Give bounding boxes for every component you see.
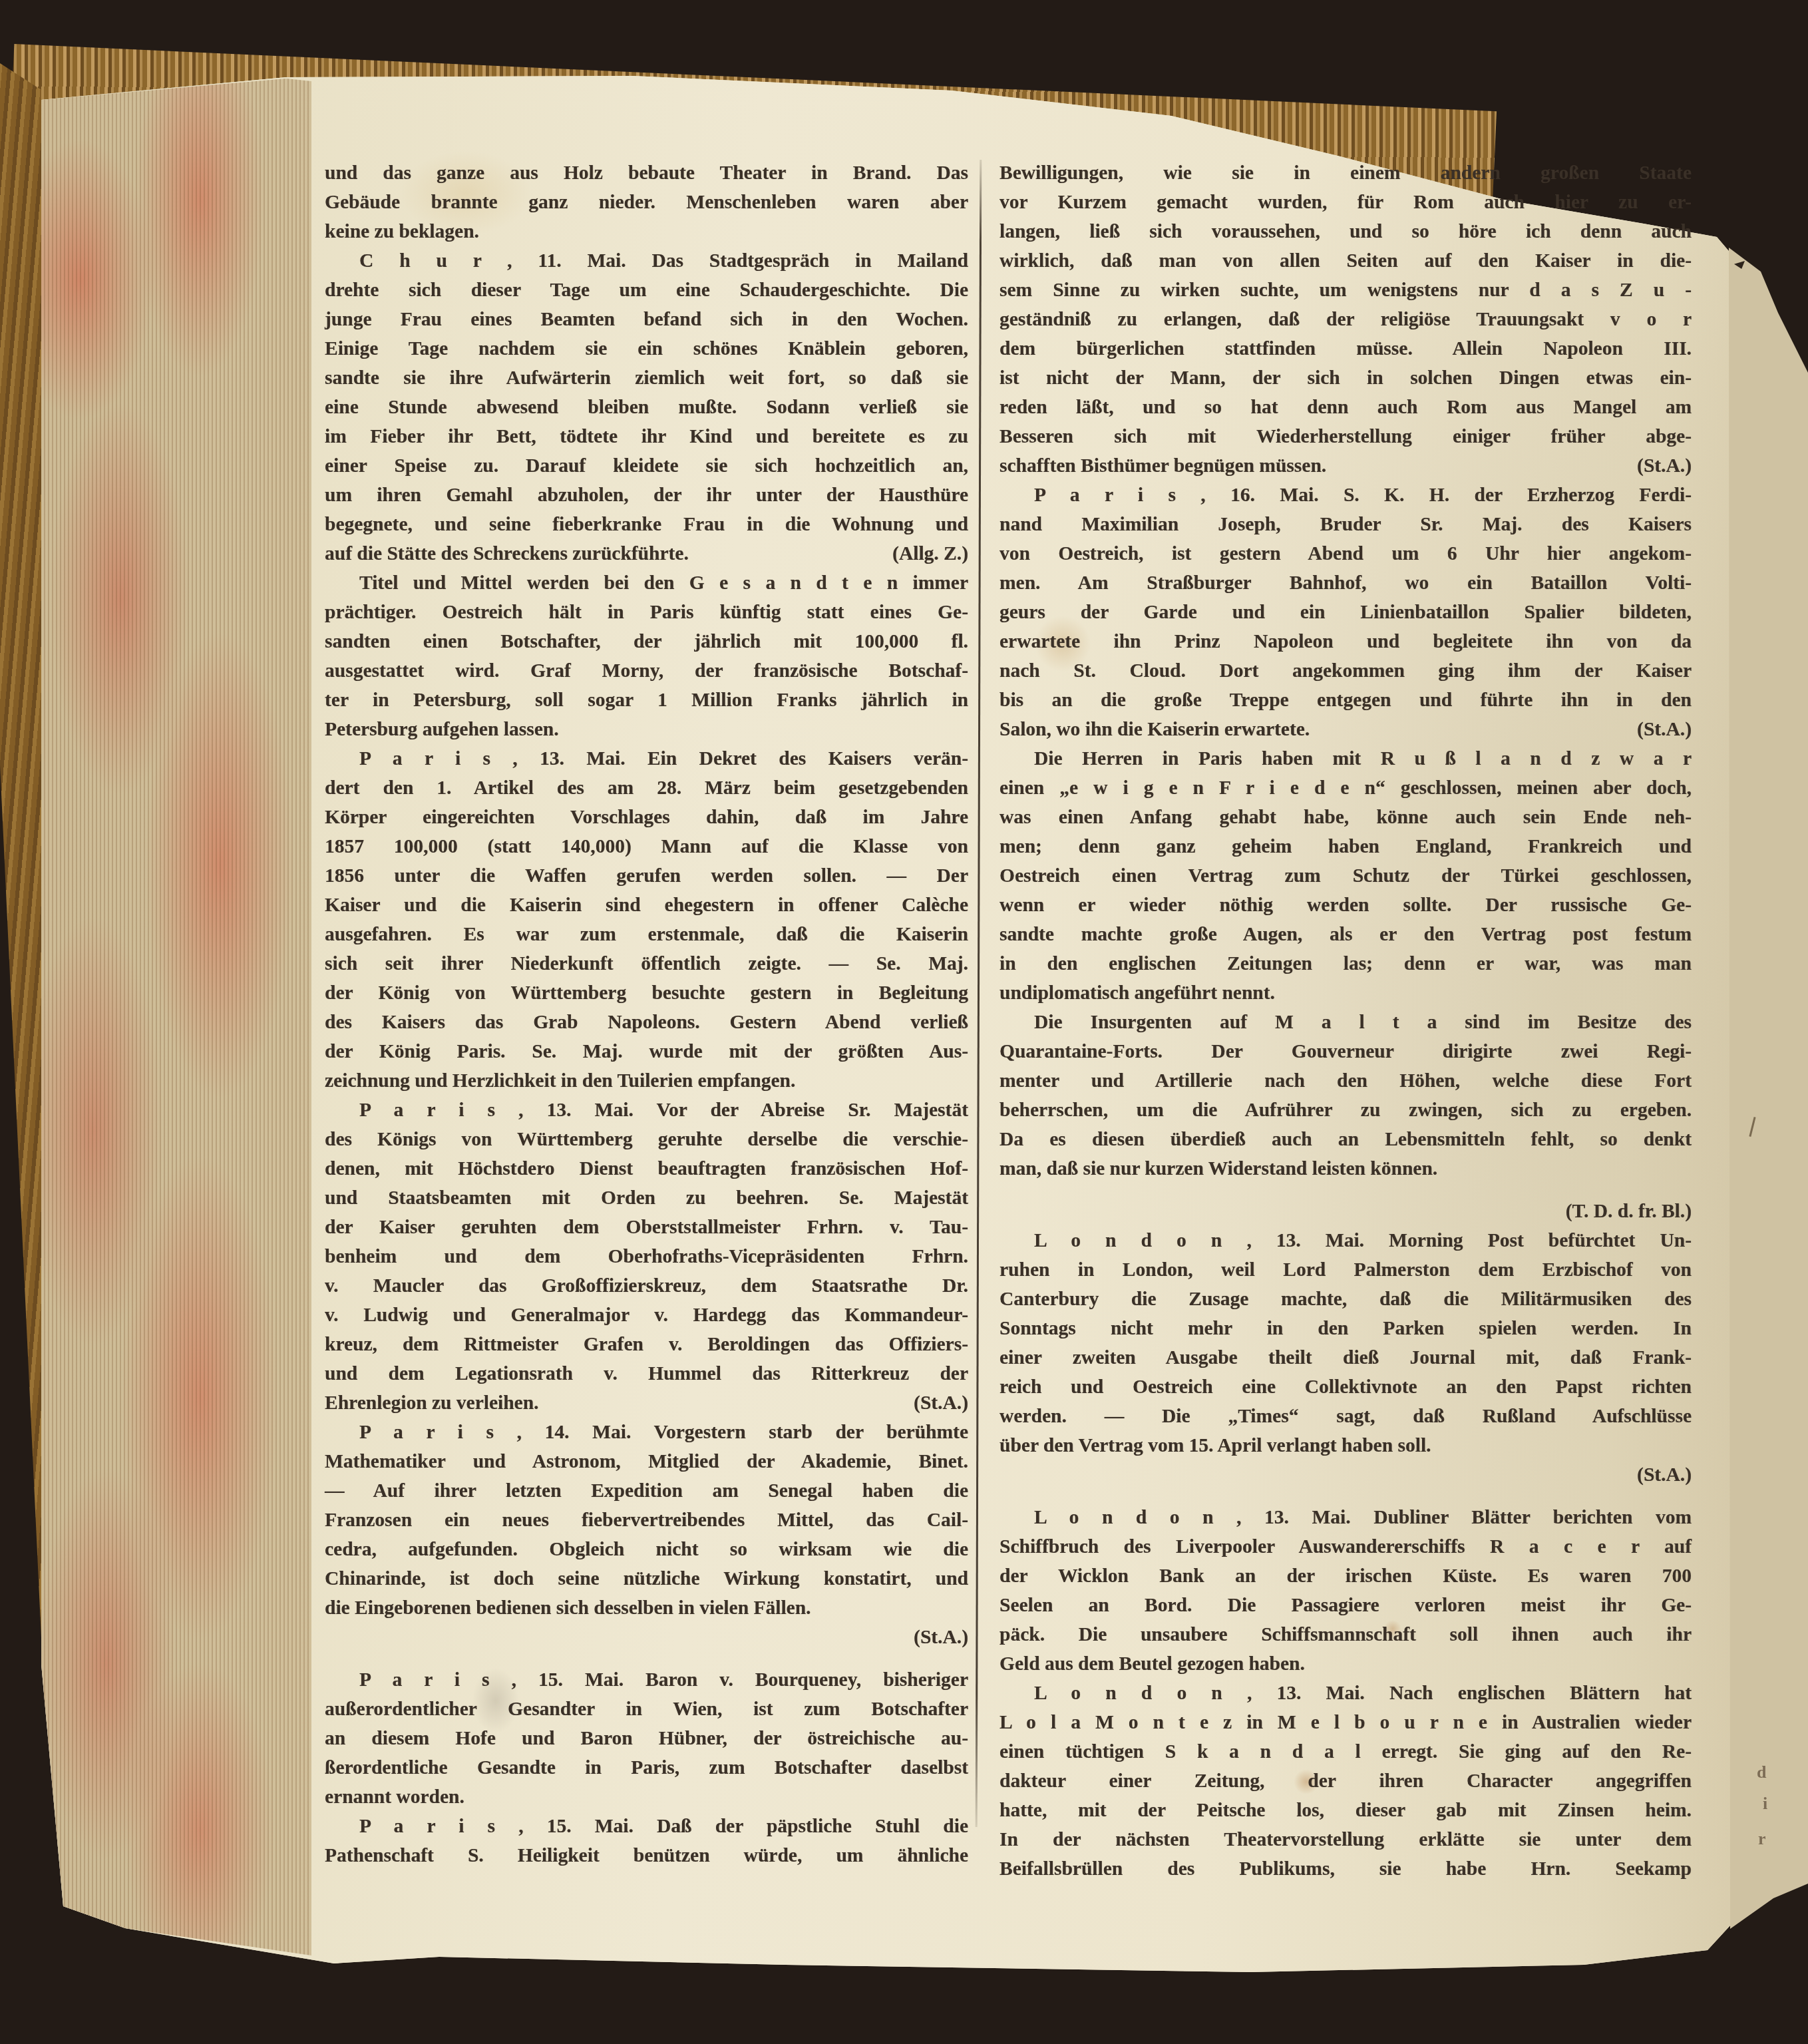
text-line: reden läßt, und so hat denn auch Rom aus… (999, 393, 1692, 422)
text-line: eine Stunde abwesend bleiben mußte. Soda… (325, 393, 968, 422)
text-line: des Kaisers das Grab Napoleons. Gestern … (325, 1008, 968, 1037)
text-line: Geld aus dem Beutel gezogen haben. (999, 1649, 1692, 1679)
text-line: Die Insurgenten auf M a l t a sind im Be… (999, 1008, 1692, 1037)
text-line: einer zweiten Ausgabe theilt dieß Journa… (999, 1343, 1692, 1372)
text-line: geständniß zu erlangen, daß der religiös… (999, 305, 1692, 334)
text-line: werden. — Die „Times“ sagt, daß Rußland … (999, 1402, 1692, 1431)
text-line: (T. D. d. fr. Bl.) (999, 1197, 1692, 1226)
text-line: keine zu beklagen. (325, 217, 968, 246)
text-line: Oestreich einen Vertrag zum Schutz der T… (999, 861, 1692, 891)
text-line: Bewilligungen, wie sie in einem andern g… (999, 158, 1692, 188)
text-line: Kaiser und die Kaiserin sind ehegestern … (325, 891, 968, 920)
text-line: bis an die große Treppe entgegen und füh… (999, 686, 1692, 715)
text-line: benheim und dem Oberhofraths-Vicepräside… (325, 1242, 968, 1271)
text-line: Canterbury die Zusage machte, daß die Mi… (999, 1285, 1692, 1314)
text-line: der Kaiser geruhten dem Oberststallmeist… (325, 1213, 968, 1242)
text-line: Da es diesen überdieß auch an Lebensmitt… (999, 1125, 1692, 1154)
text-line: Körper eingereichten Vorschlages dahin, … (325, 803, 968, 832)
text-line: P a r i s , 15. Mai. Baron v. Bourqueney… (325, 1665, 968, 1695)
text-line: wirklich, daß man von allen Seiten auf d… (999, 246, 1692, 276)
text-line: Schiffbruch des Liverpooler Auswanderers… (999, 1532, 1692, 1561)
text-line: L o n d o n , 13. Mai. Nach englischen B… (999, 1679, 1692, 1708)
text-line: Petersburg aufgehen lassen. (325, 715, 968, 744)
text-line: denen, mit Höchstdero Dienst beauftragte… (325, 1154, 968, 1183)
text-line: v. Ludwig und Generalmajor v. Hardegg da… (325, 1301, 968, 1330)
text-line: (St.A.) (325, 1623, 968, 1652)
text-line: schafften Bisthümer begnügen müssen.(St.… (999, 451, 1692, 481)
text-line: auf die Stätte des Schreckens zurückführ… (325, 539, 968, 568)
text-line: 1857 100,000 (statt 140,000) Mann auf di… (325, 832, 968, 861)
source-tag: (St.A.) (1637, 451, 1692, 481)
text-line-body: auf die Stätte des Schreckens zurückführ… (325, 539, 689, 568)
text-line: Besseren sich mit Wiederherstellung eini… (999, 422, 1692, 451)
text-line: L o n d o n , 13. Mai. Morning Post befü… (999, 1226, 1692, 1255)
text-line: prächtiger. Oestreich hält in Paris künf… (325, 598, 968, 627)
text-line: der König Paris. Se. Maj. wurde mit der … (325, 1037, 968, 1066)
text-line: was einen Anfang gehabt habe, könne auch… (999, 803, 1692, 832)
text-line: ernannt worden. (325, 1782, 968, 1812)
text-line: sandte machte große Augen, als er den Ve… (999, 920, 1692, 949)
text-line: P a r i s , 16. Mai. S. K. H. der Erzher… (999, 481, 1692, 510)
text-line: C h u r , 11. Mai. Das Stadtgespräch in … (325, 246, 968, 276)
text-line: geurs der Garde und ein Linienbataillon … (999, 598, 1692, 627)
text-line: wenn er wieder nöthig werden sollte. Der… (999, 891, 1692, 920)
text-line: einen „e w i g e n F r i e d e n“ geschl… (999, 773, 1692, 803)
text-line: sandten einen Botschafter, der jährlich … (325, 627, 968, 656)
newspaper-column-right: Bewilligungen, wie sie in einem andern g… (999, 158, 1692, 1884)
book-photo: d i r und das ganze aus Holz bebaute The… (0, 0, 1808, 2044)
text-line: langen, ließ sich voraussehen, und so hö… (999, 217, 1692, 246)
text-line: P a r i s , 13. Mai. Ein Dekret des Kais… (325, 744, 968, 773)
text-line: ausgefahren. Es war zum erstenmale, daß … (325, 920, 968, 949)
source-tag: (St.A.) (914, 1388, 968, 1418)
text-line: der König von Württemberg besuchte geste… (325, 978, 968, 1008)
text-line: Franzosen ein neues fiebervertreibendes … (325, 1506, 968, 1535)
text-line: die Eingeborenen bedienen sich desselben… (325, 1593, 968, 1623)
text-line: der Wicklon Bank an der irischen Küste. … (999, 1561, 1692, 1591)
text-line: um ihren Gemahl abzuholen, der ihr unter… (325, 481, 968, 510)
edge-letter-fragment: i (1763, 1794, 1767, 1814)
text-line: Seelen an Bord. Die Passagiere verloren … (999, 1591, 1692, 1620)
text-line: außerordentlicher Gesandter in Wien, ist… (325, 1695, 968, 1724)
text-line: Die Herren in Paris haben mit R u ß l a … (999, 744, 1692, 773)
text-line: dem bürgerlichen stattfinden müsse. Alle… (999, 334, 1692, 363)
text-line: und das ganze aus Holz bebaute Theater i… (325, 158, 968, 188)
text-line: 1856 unter die Waffen gerufen werden sol… (325, 861, 968, 891)
text-line: Pathenschaft S. Heiligkeit benützen würd… (325, 1841, 968, 1870)
text-line: des Königs von Württemberg geruhte derse… (325, 1125, 968, 1154)
text-line: ruhen in London, weil Lord Palmerston de… (999, 1255, 1692, 1285)
text-line: men; denn ganz geheim haben England, Fra… (999, 832, 1692, 861)
text-line: undiplomatisch angeführt nennt. (999, 978, 1692, 1008)
text-line: Salon, wo ihn die Kaiserin erwartete.(St… (999, 715, 1692, 744)
text-line: L o l a M o n t e z in M e l b o u r n e… (999, 1708, 1692, 1737)
text-line: nach St. Cloud. Dort angekommen ging ihm… (999, 656, 1692, 686)
text-line: In der nächsten Theatervorstellung erklä… (999, 1825, 1692, 1854)
text-line: Titel und Mittel werden bei den G e s a … (325, 568, 968, 598)
text-line: sem Sinne zu wirken suchte, um wenigsten… (999, 276, 1692, 305)
text-line: päck. Die unsaubere Schiffsmannschaft so… (999, 1620, 1692, 1649)
text-line: ter in Petersburg, soll sogar 1 Million … (325, 686, 968, 715)
text-line: dakteur einer Zeitung, der ihren Charact… (999, 1766, 1692, 1796)
text-line: v. Maucler das Großoffizierskreuz, dem S… (325, 1271, 968, 1301)
text-line: Chinarinde, ist doch seine nützliche Wir… (325, 1564, 968, 1593)
text-line: L o n d o n , 13. Mai. Dubliner Blätter … (999, 1503, 1692, 1532)
text-line: P a r i s , 15. Mai. Daß der päpstliche … (325, 1812, 968, 1841)
text-line: menter und Artillerie nach den Höhen, we… (999, 1066, 1692, 1096)
text-line: Beifallsbrüllen des Publikums, sie habe … (999, 1854, 1692, 1884)
text-line: kreuz, dem Rittmeister Grafen v. Beroldi… (325, 1330, 968, 1359)
text-line: einen tüchtigen S k a n d a l erregt. Si… (999, 1737, 1692, 1766)
text-line: dert den 1. Artikel des am 28. März beim… (325, 773, 968, 803)
text-line: Quarantaine-Forts. Der Gouverneur dirigi… (999, 1037, 1692, 1066)
source-tag: (St.A.) (1637, 715, 1692, 744)
text-line: Ehrenlegion zu verleihen.(St.A.) (325, 1388, 968, 1418)
text-line: vor Kurzem gemacht wurden, für Rom auch … (999, 188, 1692, 217)
text-line: an diesem Hofe und Baron Hübner, der öst… (325, 1724, 968, 1753)
text-line: im Fieber ihr Bett, tödtete ihr Kind und… (325, 422, 968, 451)
text-line: reich und Oestreich eine Collektivnote a… (999, 1372, 1692, 1402)
text-line: Mathematiker und Astronom, Mitglied der … (325, 1447, 968, 1476)
text-line: beherrschen, um die Aufrührer zu zwingen… (999, 1096, 1692, 1125)
text-line: sandte sie ihre Aufwärterin ziemlich wei… (325, 363, 968, 393)
text-line-body: Ehrenlegion zu verleihen. (325, 1388, 539, 1418)
text-line: begegnete, und seine fieberkranke Frau i… (325, 510, 968, 539)
text-line: sich seit ihrer Niederkunft öffentlich z… (325, 949, 968, 978)
text-line: (St.A.) (999, 1460, 1692, 1490)
text-line: über den Vertrag vom 15. April verlangt … (999, 1431, 1692, 1460)
text-line: von Oestreich, ist gestern Abend um 6 Uh… (999, 539, 1692, 568)
text-line: men. Am Straßburger Bahnhof, wo ein Bata… (999, 568, 1692, 598)
text-line: cedra, aufgefunden. Obgleich nicht so wi… (325, 1535, 968, 1564)
text-line: P a r i s , 14. Mai. Vorgestern starb de… (325, 1418, 968, 1447)
text-line-body: schafften Bisthümer begnügen müssen. (999, 451, 1326, 481)
text-line: in den englischen Zeitungen las; denn er… (999, 949, 1692, 978)
text-line: erwartete ihn Prinz Napoleon und begleit… (999, 627, 1692, 656)
text-line: und Staatsbeamten mit Orden zu beehren. … (325, 1183, 968, 1213)
text-line: Gebäude brannte ganz nieder. Menschenleb… (325, 188, 968, 217)
text-line: ist nicht der Mann, der sich in solchen … (999, 363, 1692, 393)
edge-letter-fragment: r (1758, 1829, 1766, 1849)
text-line-body: Salon, wo ihn die Kaiserin erwartete. (999, 715, 1310, 744)
text-line: und dem Legationsrath v. Hummel das Ritt… (325, 1359, 968, 1388)
text-line: junge Frau eines Beamten befand sich in … (325, 305, 968, 334)
source-tag: (Allg. Z.) (892, 539, 968, 568)
text-line: man, daß sie nur kurzen Widerstand leist… (999, 1154, 1692, 1183)
edge-letter-fragment: d (1757, 1762, 1766, 1782)
text-line: ßerordentliche Gesandte in Paris, zum Bo… (325, 1753, 968, 1782)
text-line: hatte, mit der Peitsche los, dieser gab … (999, 1796, 1692, 1825)
text-line: ausgestattet wird. Graf Morny, der franz… (325, 656, 968, 686)
text-line: — Auf ihrer letzten Expedition am Senega… (325, 1476, 968, 1506)
text-line: nand Maximilian Joseph, Bruder Sr. Maj. … (999, 510, 1692, 539)
text-line: einer Speise zu. Darauf kleidete sie sic… (325, 451, 968, 481)
text-line: Sonntags nicht mehr in den Parken spiele… (999, 1314, 1692, 1343)
text-line: zeichnung und Herzlichkeit in den Tuiler… (325, 1066, 968, 1096)
newspaper-column-left: und das ganze aus Holz bebaute Theater i… (325, 158, 968, 1870)
text-line: drehte sich dieser Tage um eine Schauder… (325, 276, 968, 305)
text-line: Einige Tage nachdem sie ein schönes Knäb… (325, 334, 968, 363)
text-line: P a r i s , 13. Mai. Vor der Abreise Sr.… (325, 1096, 968, 1125)
